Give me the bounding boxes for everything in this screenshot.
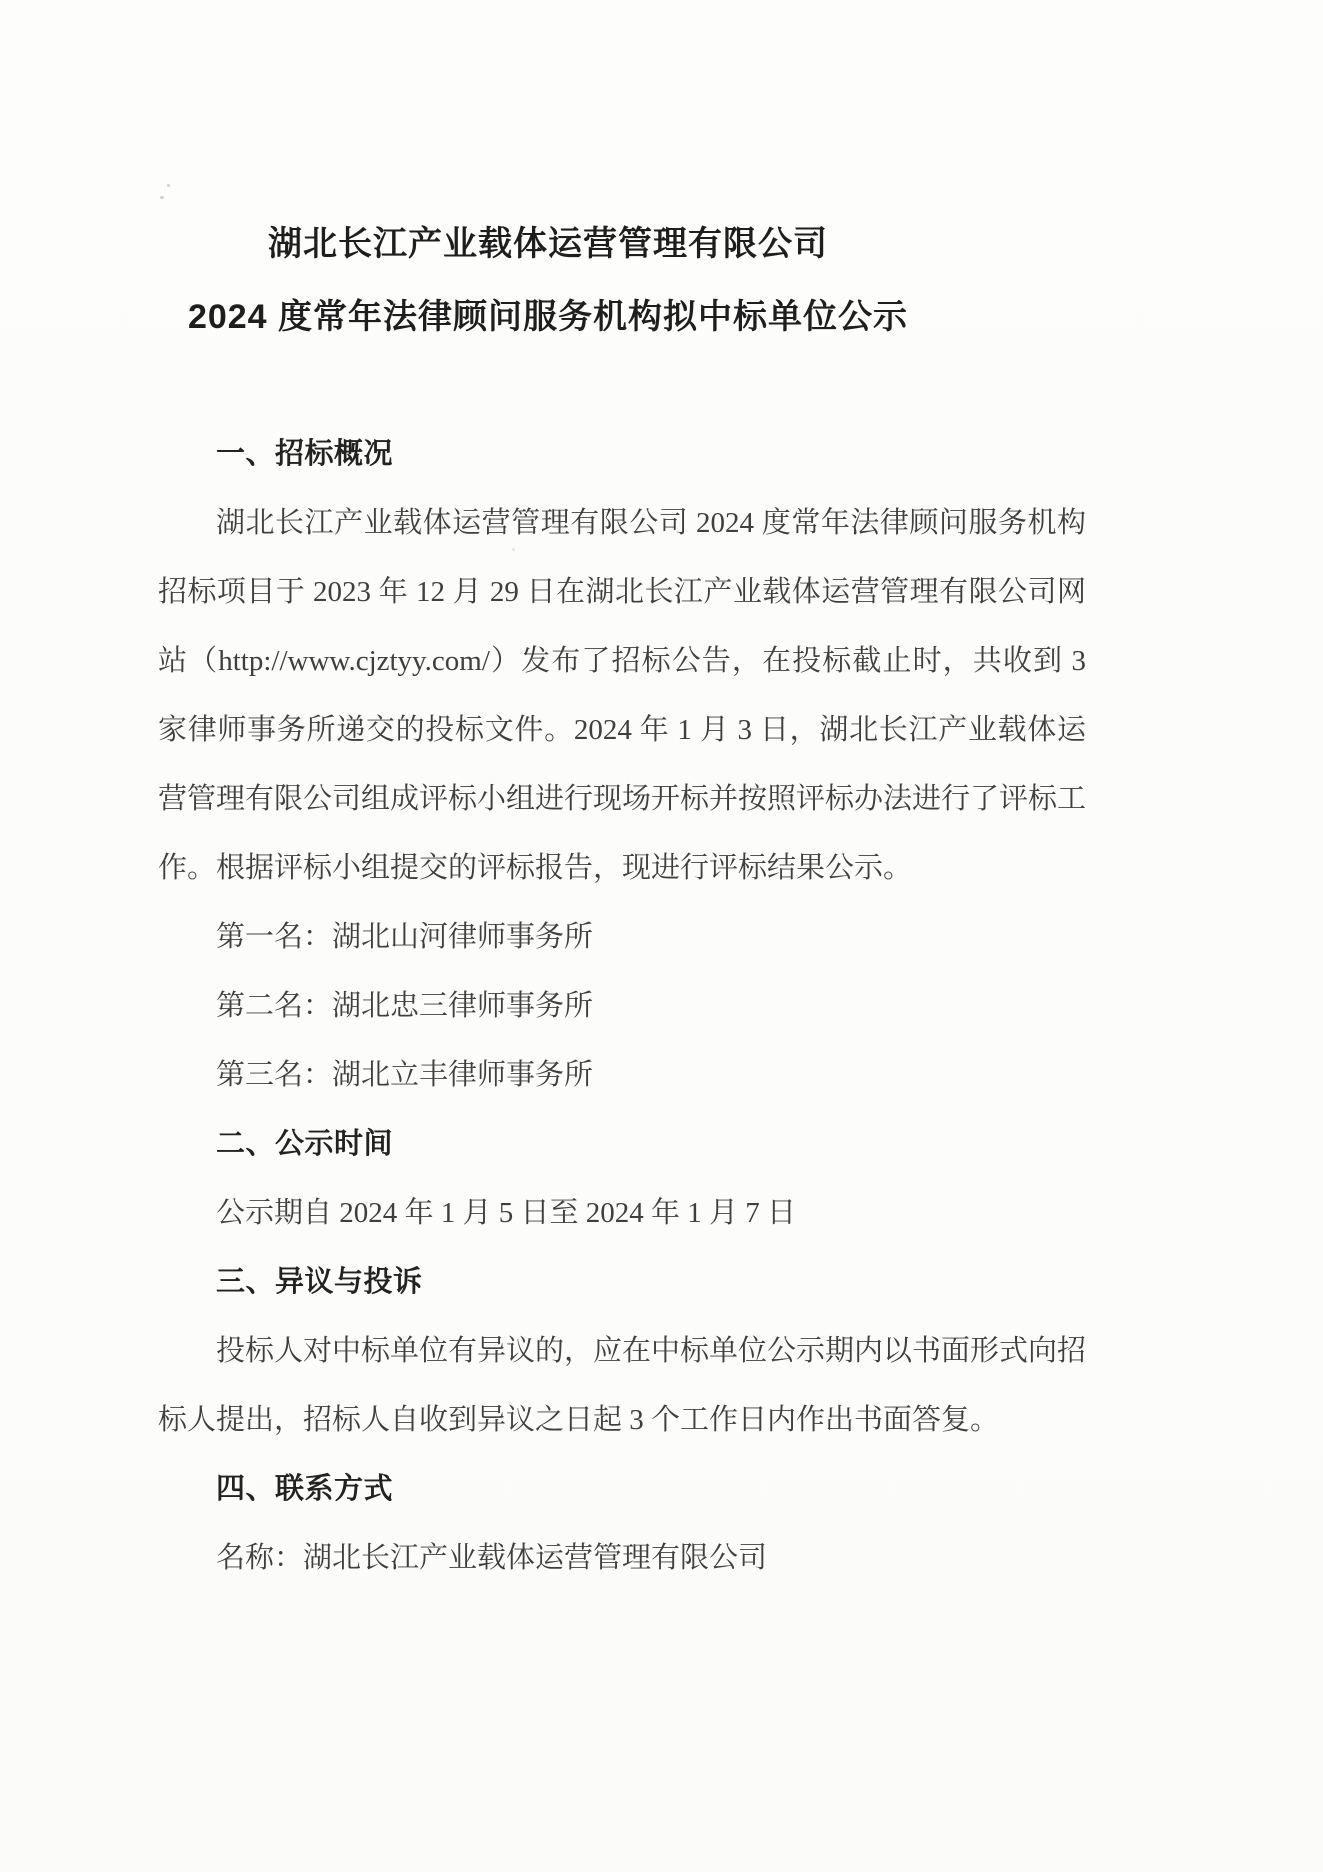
section-2-heading: 二、公示时间: [158, 1110, 1086, 1179]
section-1-heading: 一、招标概况: [158, 420, 1086, 489]
section-2-paragraph: 公示期自 2024 年 1 月 5 日至 2024 年 1 月 7 日: [158, 1179, 1086, 1248]
section-4-paragraph-company-name: 名称：湖北长江产业载体运营管理有限公司: [158, 1524, 1086, 1593]
section-3-heading: 三、异议与投诉: [158, 1248, 1086, 1317]
document-title-line-2: 2024 度常年法律顾问服务机构拟中标单位公示: [84, 281, 1012, 354]
section-4-heading: 四、联系方式: [158, 1455, 1086, 1524]
document-title-line-1: 湖北长江产业载体运营管理有限公司: [84, 208, 1012, 281]
section-1-paragraph: 湖北长江产业载体运营管理有限公司 2024 度常年法律顾问服务机构招标项目于 2…: [158, 489, 1086, 903]
document-body: 一、招标概况 湖北长江产业载体运营管理有限公司 2024 度常年法律顾问服务机构…: [158, 420, 1086, 1593]
section-3-paragraph: 投标人对中标单位有异议的，应在中标单位公示期内以书面形式向招标人提出，招标人自收…: [158, 1317, 1086, 1455]
ranking-item-first: 第一名：湖北山河律师事务所: [158, 903, 1086, 972]
ranking-item-second: 第二名：湖北忠三律师事务所: [158, 972, 1086, 1041]
document-title-block: 湖北长江产业载体运营管理有限公司 2024 度常年法律顾问服务机构拟中标单位公示: [84, 0, 1012, 354]
scanned-document-page: 湖北长江产业载体运营管理有限公司 2024 度常年法律顾问服务机构拟中标单位公示…: [0, 0, 1323, 1872]
document-content: 湖北长江产业载体运营管理有限公司 2024 度常年法律顾问服务机构拟中标单位公示…: [158, 0, 1086, 1593]
ranking-item-third: 第三名：湖北立丰律师事务所: [158, 1041, 1086, 1110]
